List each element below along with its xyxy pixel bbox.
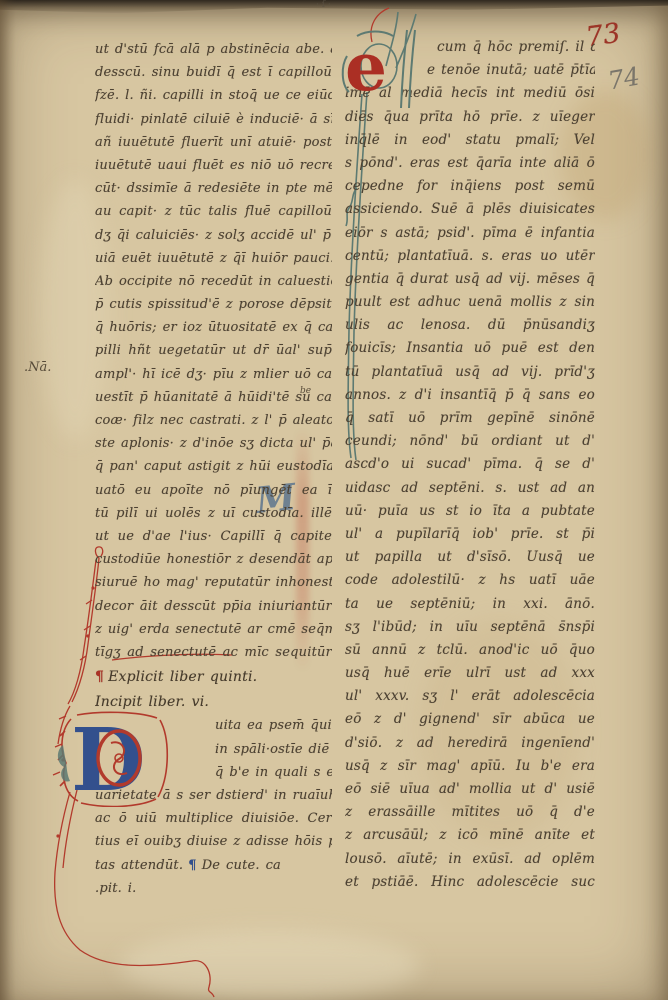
text-line: puult est adhuc uenā mollis z sin — [345, 291, 595, 314]
chapter-label: De cute. ca — [202, 858, 281, 873]
blue-paraph-mark: ¶ — [188, 858, 196, 873]
parchment-stain — [120, 930, 420, 1000]
text-line: ascd'o ui sucad' pīma. q̄ se d' — [345, 453, 595, 476]
folio-number-pencil: 74 — [606, 61, 642, 95]
chapter-label-continuation: .pit. i. — [95, 877, 332, 900]
text-line: ul' a pupīlarīq̄ iob' prīe. st p̄i — [345, 523, 595, 546]
manuscript-page: · ſ · 73 74 .Nā. be M ut d'stū fcā alā p… — [0, 0, 668, 1000]
text-line: ste aplonis· z d'inōe sʒ dicta ul' p̄a — [95, 432, 332, 455]
text-line: annos. z d'i insantīq̄ p̄ q̄ sans eo — [345, 384, 595, 407]
text-line: sʒ l'ibūd; in uīu septēnā s̄nsp̄i — [345, 616, 595, 639]
text-line: ampl'· hī icē dʒ· pīu z mlier uō cal — [95, 363, 332, 386]
initial-letter-d: D — [71, 711, 146, 807]
decorated-initial-e: e — [337, 26, 433, 112]
text-line: fluidi· pinlatē ciluiē è induciē· ā sī — [95, 108, 332, 131]
explicit-text: Explicit liber quinti. — [108, 669, 257, 685]
text-line: centū; plantatīuā. s. eras uo utēr — [345, 245, 595, 268]
text-line: iuuētutē uaui fluēt es niō uō recres — [95, 154, 332, 177]
text-line: au capit· z tūc talis fluē capilloū — [95, 200, 332, 223]
text-line: cepedne for inq̄iens post semū — [345, 175, 595, 198]
text-line: custodiūe honestiōr z desendāt apstl' — [95, 548, 332, 571]
left-text-column: ut d'stū fcā alā p abstinēcia abe. ādess… — [95, 38, 332, 900]
text-line: gentia q̄ durat usq̄ ad vij. mēses q̄ — [345, 268, 595, 291]
text-line: añ iuuētutē fluerīt unī atuiē· post — [95, 131, 332, 154]
chapter-tail-text: tas attendūt. — [95, 858, 183, 873]
text-line: inq̄lē in eod' statu pmalī; Vel — [345, 129, 595, 152]
text-line: sū annū z tclū. anod'ic uō q̄uo — [345, 639, 595, 662]
binding-edge-shadow — [0, 0, 16, 1000]
text-line: ut papilla ut d'sīsō. Uusq̄ ue — [345, 546, 595, 569]
text-line: cūt· dssimīe ā redesiēte in pte mēi — [95, 177, 332, 200]
text-line: s pōnd'. eras est q̄arīa inte aliā ō — [345, 152, 595, 175]
red-paraph-mark: ¶ — [95, 669, 104, 685]
text-line: code adolestilū· z hs uatī uāe — [345, 569, 595, 592]
text-line: fouicīs; Insantia uō puē est den — [345, 337, 595, 360]
text-line: uidasc ad septēni. s. ust ad an — [345, 477, 595, 500]
text-line: uatō eu apoīte nō pīungēt ea ī — [95, 479, 332, 502]
chapter-heading-line: tas attendūt.¶De cute. ca — [95, 854, 332, 877]
text-line: ulis ac lenosa. dū p̄nūsandiʒ — [345, 314, 595, 337]
text-line: q̄ huōris; er ioz ūtuositatē ex q̄ ca. — [95, 316, 332, 339]
text-line: decor āit desscūt pp̄ia iniuriantūr — [95, 595, 332, 618]
text-line: tū pilī ui uolēs z uī custodīa. illē — [95, 502, 332, 525]
beast-head-ornament — [58, 745, 70, 782]
text-line: ut d'stū fcā alā p abstinēcia abe. ā — [95, 38, 332, 61]
text-line: fzē. l. ñi. capilli in stoq̄ ue ce eiūdē — [95, 84, 332, 107]
text-line: usq̄ huē erīe ulrī ust ad xxx — [345, 662, 595, 685]
text-line: coæ· filz nec castrati. z l' p̄ aleatoīu — [95, 409, 332, 432]
initial-letter-e: e — [345, 28, 387, 106]
text-line: d'siō. z ad heredirā ingenīend' — [345, 732, 595, 755]
text-line: eō z d' gignend' sīr abūca ue — [345, 708, 595, 731]
text-line: ul' xxxv. sʒ l' erāt adolescēcia — [345, 685, 595, 708]
page-top-edge-shadow — [0, 0, 668, 14]
text-line: z uig' erda senectutē ar cmē seq̄m — [95, 618, 332, 641]
text-line: tū plantatīuā usq̄ ad vij. prīd'ʒ — [345, 361, 595, 384]
text-line: z erassāille mītites uō q̄ d'e — [345, 801, 595, 824]
text-line: uestīt p̄ hūanitatē ā hūidi'tē su cap̄i — [95, 386, 332, 409]
nota-margin-note: .Nā. — [24, 360, 51, 375]
text-line: uiā euēt iuuētutē z q̄ī huiōr pauci. — [95, 247, 332, 270]
text-line: Ab occipite nō recedūt in caluestiē — [95, 270, 332, 293]
text-line: assiciendo. Suē ā plēs diuisicates — [345, 198, 595, 221]
text-line: eō siē uīua ad' mollia ut d' usiē — [345, 778, 595, 801]
text-line: p̄ cutis spissitud'ē z porose dēpsitū re… — [95, 293, 332, 316]
text-line: usq̄ z sīr mag' apīū. Iu b'e era — [345, 755, 595, 778]
text-line: dʒ q̄i caluiciēs· z solʒ accidē ul' p̄ i… — [95, 224, 332, 247]
right-text-column: e cum q̄ hōc premiſ. il a dēe tenōe inut… — [345, 36, 595, 894]
explicit-rubric-line: ¶Explicit liber quinti. — [95, 666, 332, 689]
left-column-text-block: ut d'stū fcā alā p abstinēcia abe. ādess… — [95, 38, 332, 664]
decorated-initial-d: D — [55, 711, 173, 807]
text-line: siuruē ho mag' reputatūr inhonestʒ — [95, 571, 332, 594]
text-line: tius eī ouibʒ diuise z adisse hōis p̄pem — [95, 830, 332, 853]
text-line: uū· puīa us st io īta a pubtate — [345, 500, 595, 523]
text-line: eiōr s astā; psid'. pīma ē infantia — [345, 222, 595, 245]
right-column-text-block: cum q̄ hōc premiſ. il a dēe tenōe inutā;… — [345, 36, 595, 894]
text-line: ta ue septēniū; in xxi. ānō. — [345, 593, 595, 616]
text-line: ac ō uiū multiplice diuisiōe. Cer — [95, 807, 332, 830]
text-line: tīgʒ ad senectutē ac mīc sequitūr — [95, 641, 332, 664]
text-line: et pstiāē. Hinc adolescēcie suc — [345, 871, 595, 894]
text-line: ut ue d'ae l'ius· Capillī q̄ capite — [95, 525, 332, 548]
text-line: q̄ pan' caput astigit z hūi eustodīa — [95, 455, 332, 478]
text-line: desscū. sinu buidī q̄ est ī capilloū — [95, 61, 332, 84]
text-line: ceundi; nōnd' bū ordiant ut d' — [345, 430, 595, 453]
top-edge-inscription: · ſ · — [316, 0, 331, 10]
text-line: q̄ satī uō prīm gepīnē sinōnē — [345, 407, 595, 430]
text-line: lousō. aīutē; in exūsī. ad oplēm — [345, 848, 595, 871]
text-line: z arcusāūl; z icō mīnē anīte et — [345, 824, 595, 847]
text-line: pilli hñt uegetatūr ut dr̄ ūal' sup̄ — [95, 339, 332, 362]
